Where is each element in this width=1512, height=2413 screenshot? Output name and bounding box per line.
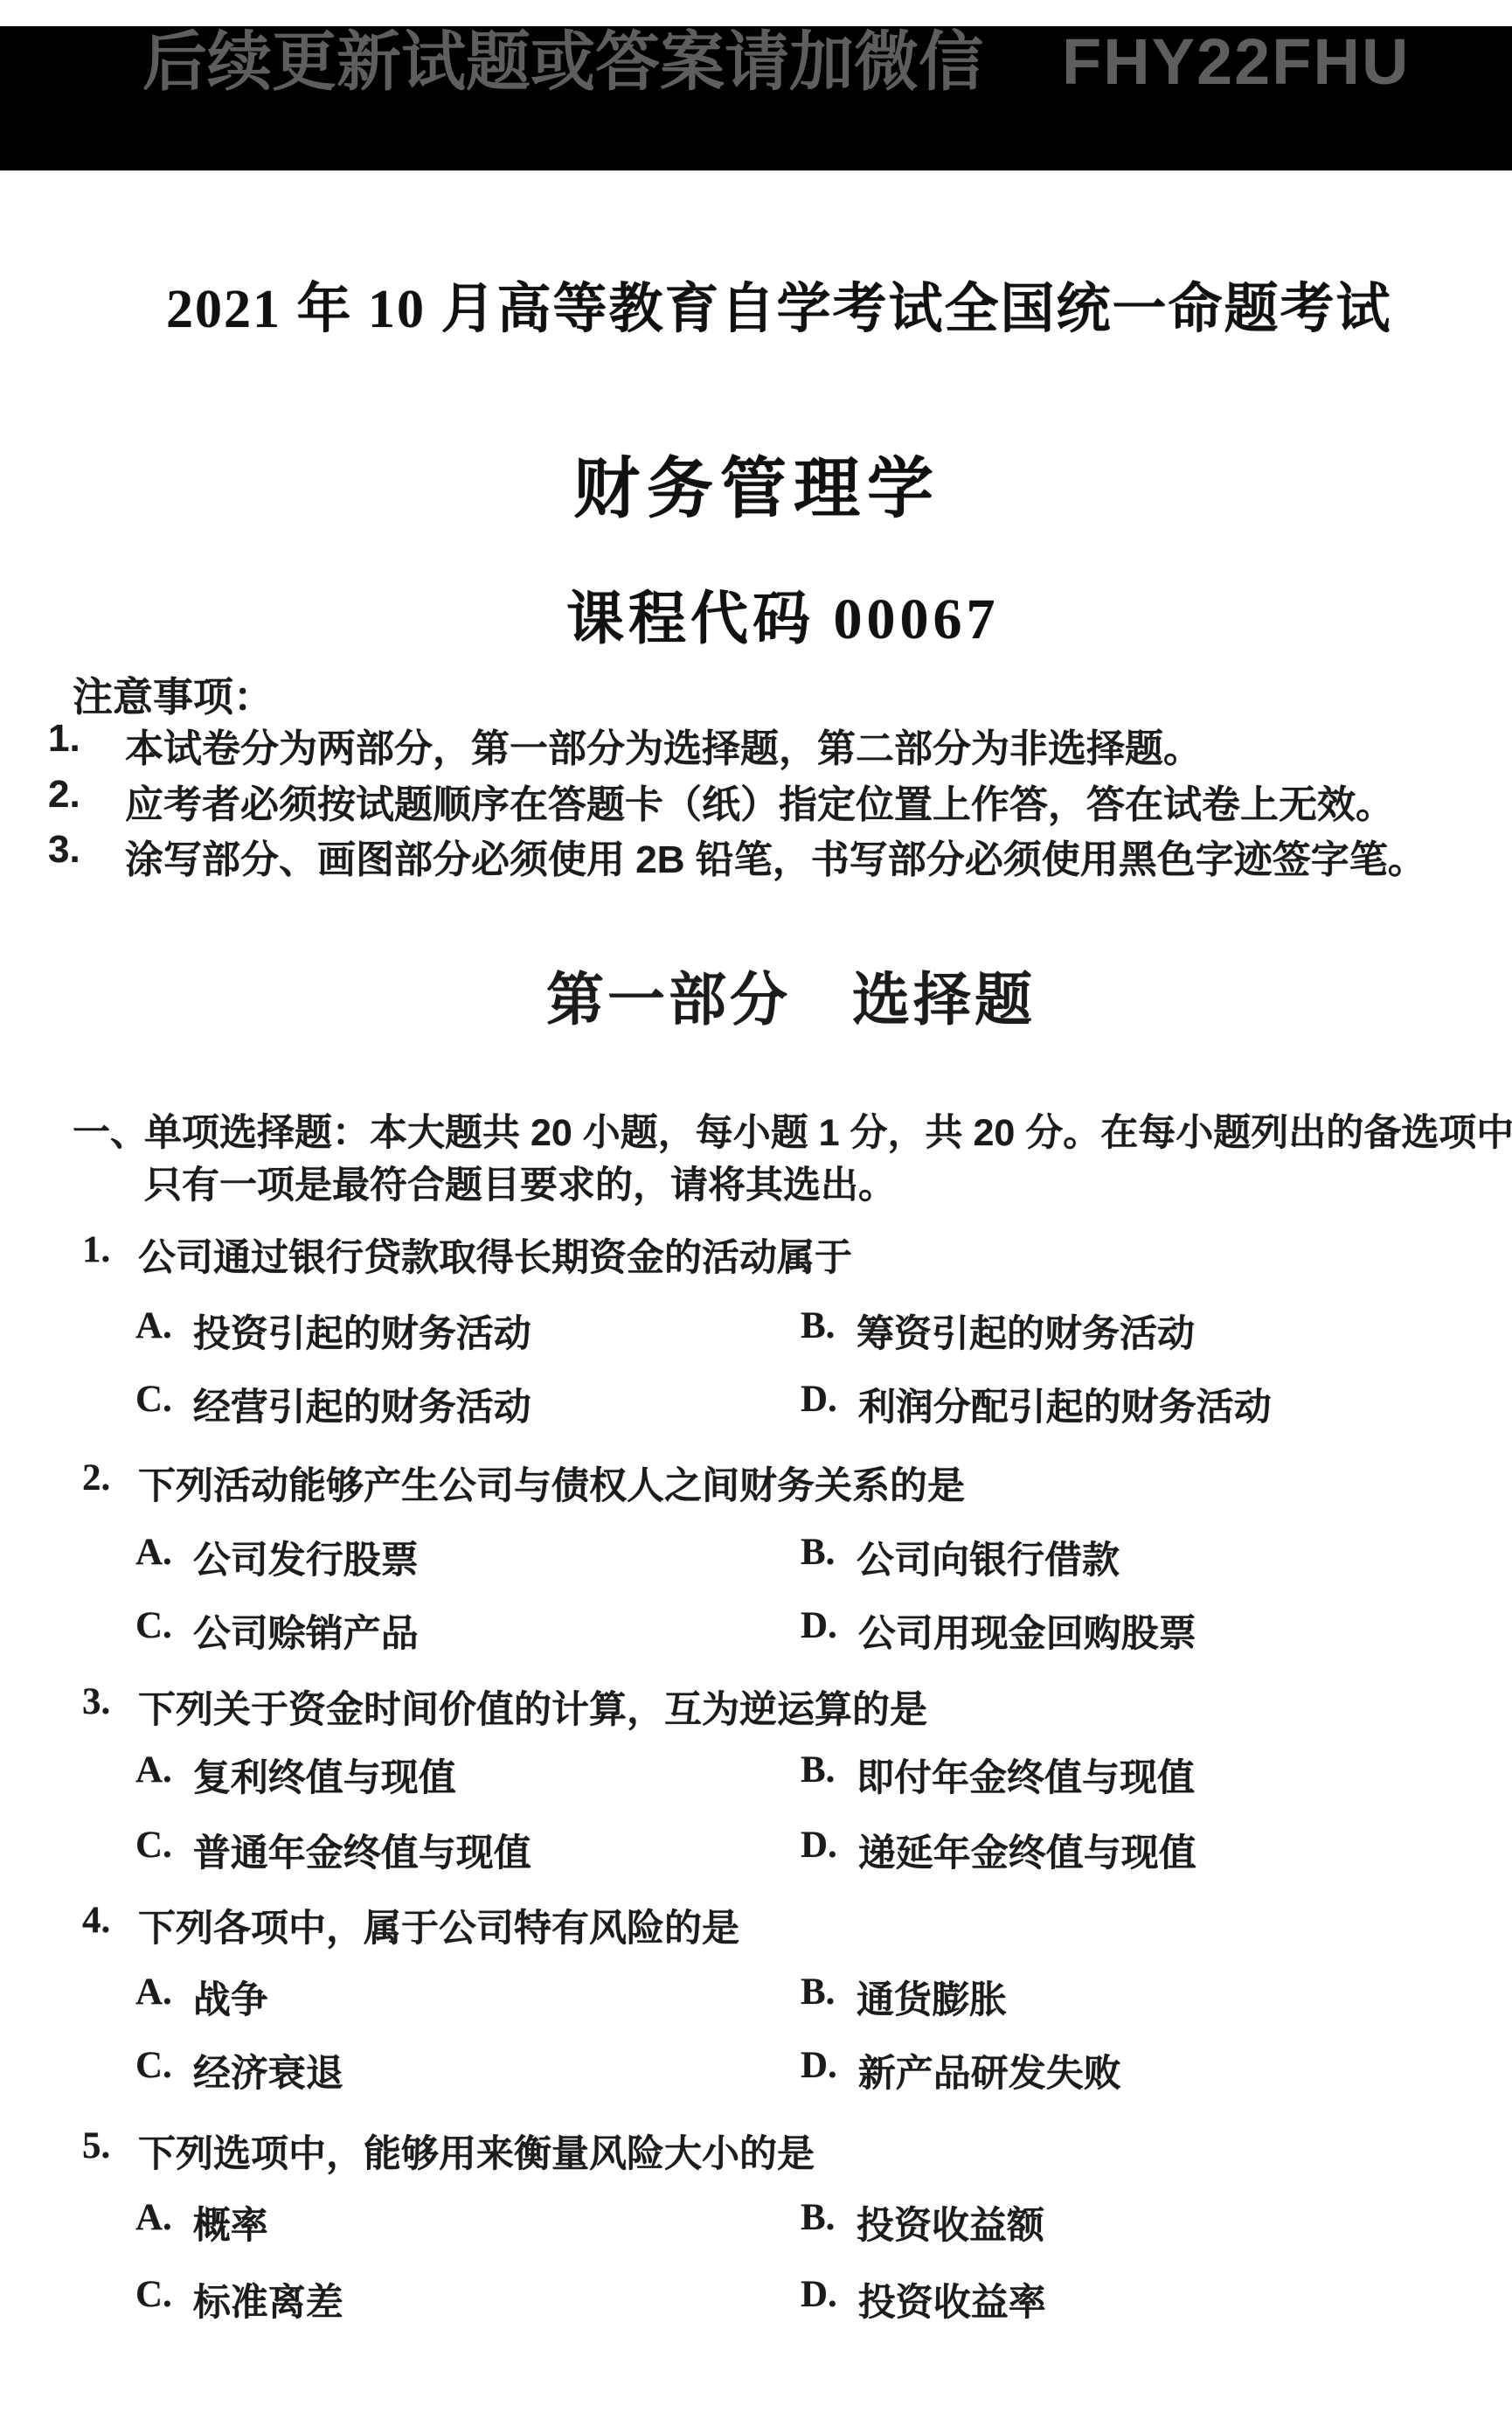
question-stem: 1. 公司通过银行贷款取得长期资金的活动属于 — [82, 1228, 852, 1282]
exam-title: 2021 年 10 月高等教育自学考试全国统一命题考试 — [166, 265, 1392, 343]
option-label: D. — [801, 2044, 837, 2097]
option-label: D. — [801, 1604, 837, 1658]
option-text: 公司发行股票 — [193, 1531, 419, 1584]
option-d: D. 公司用现金回购股票 — [801, 1604, 1196, 1658]
note-item-text: 涂写部分、画图部分必须使用 2B 铅笔，书写部分必须使用黑色字迹签字笔。 — [125, 828, 1426, 884]
question-text: 公司通过银行贷款取得长期资金的活动属于 — [138, 1228, 852, 1282]
option-label: D. — [801, 2273, 837, 2326]
option-c: C. 经营引起的财务活动 — [135, 1378, 531, 1431]
instructions-line-2: 只有一项是最符合题目要求的，请将其选出。 — [144, 1156, 896, 1209]
top-notice-banner: 后续更新试题或答案请加微信 FHY22FHU — [0, 26, 1512, 170]
option-b: B. 投资收益额 — [801, 2196, 1044, 2250]
question-text: 下列活动能够产生公司与债权人之间财务关系的是 — [138, 1457, 965, 1510]
option-a: A. 概率 — [135, 2196, 268, 2250]
option-c: C. 经济衰退 — [135, 2044, 343, 2097]
question-text: 下列各项中，属于公司特有风险的是 — [138, 1899, 739, 1952]
question-stem: 5. 下列选项中，能够用来衡量风险大小的是 — [82, 2124, 815, 2178]
option-c: C. 公司赊销产品 — [135, 1604, 419, 1658]
option-label: D. — [801, 1378, 837, 1431]
option-b: B. 筹资引起的财务活动 — [801, 1304, 1195, 1358]
question-text: 下列关于资金时间价值的计算，互为逆运算的是 — [138, 1680, 927, 1734]
option-label: A. — [135, 1304, 172, 1358]
option-text: 新产品研发失败 — [858, 2044, 1121, 2097]
option-a: A. 战争 — [135, 1971, 268, 2024]
option-text: 经营引起的财务活动 — [193, 1378, 531, 1431]
notes-heading: 注意事项： — [73, 665, 274, 723]
question-number: 3. — [82, 1680, 138, 1734]
question-number: 5. — [82, 2124, 138, 2178]
option-c: C. 标准离差 — [135, 2273, 343, 2326]
option-d: D. 投资收益率 — [801, 2273, 1046, 2326]
option-text: 概率 — [193, 2196, 268, 2250]
option-label: A. — [135, 2196, 172, 2250]
note-item-number: 1. — [48, 717, 125, 773]
option-label: B. — [801, 1531, 836, 1584]
question-number: 2. — [82, 1457, 138, 1510]
note-item-text: 本试卷分为两部分，第一部分为选择题，第二部分为非选择题。 — [125, 717, 1202, 773]
option-label: B. — [801, 1304, 836, 1358]
banner-notice-text: 后续更新试题或答案请加微信 — [142, 30, 983, 94]
instructions-text-2: 只有一项是最符合题目要求的，请将其选出。 — [144, 1156, 896, 1209]
question-text: 下列选项中，能够用来衡量风险大小的是 — [138, 2124, 815, 2178]
option-text: 投资收益额 — [857, 2196, 1044, 2250]
option-label: C. — [135, 1604, 172, 1658]
subject-title: 财务管理学 — [573, 435, 940, 531]
option-text: 利润分配引起的财务活动 — [858, 1378, 1272, 1431]
option-b: B. 即付年金终值与现值 — [801, 1749, 1195, 1802]
option-label: C. — [135, 2044, 172, 2097]
question-stem: 4. 下列各项中，属于公司特有风险的是 — [82, 1899, 739, 1952]
note-item: 3. 涂写部分、画图部分必须使用 2B 铅笔，书写部分必须使用黑色字迹签字笔。 — [48, 828, 1426, 884]
question-stem: 2. 下列活动能够产生公司与债权人之间财务关系的是 — [82, 1457, 965, 1510]
instructions-text-1: 单项选择题：本大题共 20 小题，每小题 1 分，共 20 分。在每小题列出的备… — [144, 1103, 1512, 1157]
option-b: B. 通货膨胀 — [801, 1971, 1007, 2024]
option-label: A. — [135, 1971, 172, 2024]
instructions-line-1: 一、 单项选择题：本大题共 20 小题，每小题 1 分，共 20 分。在每小题列… — [73, 1103, 1512, 1157]
option-text: 标准离差 — [193, 2273, 343, 2326]
option-a: A. 投资引起的财务活动 — [135, 1304, 531, 1358]
question-number: 4. — [82, 1899, 138, 1952]
section-title: 第一部分 选择题 — [546, 953, 1036, 1036]
note-item-text: 应考者必须按试题顺序在答题卡（纸）指定位置上作答，答在试卷上无效。 — [125, 773, 1394, 829]
option-text: 公司用现金回购股票 — [858, 1604, 1196, 1658]
option-text: 即付年金终值与现值 — [857, 1749, 1195, 1802]
option-c: C. 普通年金终值与现值 — [135, 1824, 531, 1877]
option-text: 普通年金终值与现值 — [193, 1824, 531, 1877]
option-d: D. 递延年金终值与现值 — [801, 1824, 1196, 1877]
note-item-number: 3. — [48, 828, 125, 884]
instructions-prefix: 一、 — [73, 1103, 144, 1157]
option-text: 通货膨胀 — [857, 1971, 1007, 2024]
option-text: 公司赊销产品 — [193, 1604, 419, 1658]
option-label: C. — [135, 2273, 172, 2326]
note-item: 1. 本试卷分为两部分，第一部分为选择题，第二部分为非选择题。 — [48, 717, 1202, 773]
option-text: 投资收益率 — [858, 2273, 1046, 2326]
option-text: 战争 — [193, 1971, 268, 2024]
option-label: B. — [801, 2196, 836, 2250]
option-label: D. — [801, 1824, 837, 1877]
option-d: D. 新产品研发失败 — [801, 2044, 1121, 2097]
note-item-number: 2. — [48, 773, 125, 829]
note-item: 2. 应考者必须按试题顺序在答题卡（纸）指定位置上作答，答在试卷上无效。 — [48, 773, 1394, 829]
question-stem: 3. 下列关于资金时间价值的计算，互为逆运算的是 — [82, 1680, 927, 1734]
option-b: B. 公司向银行借款 — [801, 1531, 1120, 1584]
option-text: 经济衰退 — [193, 2044, 343, 2097]
exam-paper-page: 后续更新试题或答案请加微信 FHY22FHU 2021 年 10 月高等教育自学… — [0, 0, 1512, 2413]
option-label: B. — [801, 1749, 836, 1802]
option-label: C. — [135, 1824, 172, 1877]
option-text: 投资引起的财务活动 — [193, 1304, 531, 1358]
option-text: 复利终值与现值 — [193, 1749, 456, 1802]
question-number: 1. — [82, 1228, 138, 1282]
option-label: C. — [135, 1378, 172, 1431]
banner-wechat-code: FHY22FHU — [1062, 30, 1410, 94]
option-label: B. — [801, 1971, 836, 2024]
option-a: A. 复利终值与现值 — [135, 1749, 456, 1802]
option-text: 公司向银行借款 — [857, 1531, 1120, 1584]
option-text: 递延年金终值与现值 — [858, 1824, 1196, 1877]
course-code: 课程代码 00067 — [566, 572, 1000, 655]
option-label: A. — [135, 1749, 172, 1802]
option-label: A. — [135, 1531, 172, 1584]
option-text: 筹资引起的财务活动 — [857, 1304, 1195, 1358]
option-d: D. 利润分配引起的财务活动 — [801, 1378, 1272, 1431]
option-a: A. 公司发行股票 — [135, 1531, 419, 1584]
